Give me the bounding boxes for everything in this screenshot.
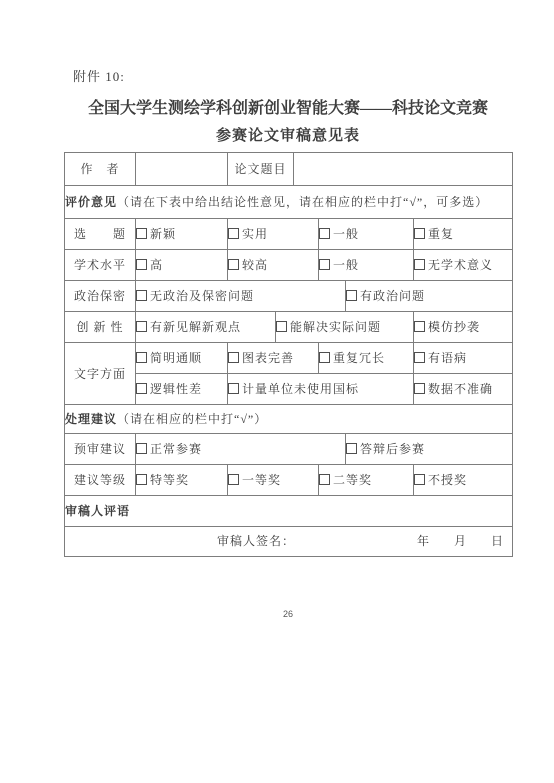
checkbox-icon [414,352,425,363]
signature-label: 审稿人签名： [217,527,295,556]
evaluation-section-title: 评价意见 [65,195,117,209]
option-label: 逻辑性差 [150,382,202,396]
checkbox-icon [319,474,330,485]
option-label: 图表完善 [242,351,294,365]
checkbox-option: 有语病 [414,343,513,374]
option-label: 高 [150,258,163,272]
checkbox-option: 一般 [319,219,414,250]
checkbox-icon [136,228,147,239]
table-row-evaluation-header: 评价意见（请在下表中给出结论性意见，请在相应的栏中打“√”，可多选） [65,186,513,219]
checkbox-icon [319,259,330,270]
option-label: 有政治问题 [360,289,425,303]
checkbox-option: 新颖 [136,219,228,250]
checkbox-option: 无学术意义 [414,250,513,281]
checkbox-option: 答辩后参赛 [346,434,513,465]
checkbox-option: 简明通顺 [136,343,228,374]
document-title: 全国大学生测绘学科创新创业智能大赛——科技论文竞赛 [64,99,512,118]
checkbox-icon [228,352,239,363]
checkbox-option: 数据不准确 [414,374,513,405]
option-label: 无学术意义 [428,258,493,272]
handling-section-header: 处理建议（请在相应的栏中打“√”） [65,405,513,434]
row-label-grade: 建议等级 [65,465,136,496]
document-page: 附件 10: 全国大学生测绘学科创新创业智能大赛——科技论文竞赛 参赛论文审稿意… [64,0,512,619]
checkbox-icon [319,228,330,239]
checkbox-option: 高 [136,250,228,281]
option-label: 一般 [333,227,359,241]
paper-title-label: 论文题目 [228,153,294,186]
checkbox-icon [414,259,425,270]
evaluation-section-note: （请在下表中给出结论性意见，请在相应的栏中打“√”，可多选） [117,195,488,209]
checkbox-option: 能解决实际问题 [276,312,414,343]
row-label-writing: 文字方面 [65,343,136,405]
row-label-innovation: 创 新 性 [65,312,136,343]
option-label: 答辩后参赛 [360,442,425,456]
checkbox-option: 特等奖 [136,465,228,496]
option-label: 重复冗长 [333,351,385,365]
option-label: 二等奖 [333,473,372,487]
option-label: 实用 [242,227,268,241]
option-label: 能解决实际问题 [290,320,381,334]
reviewer-comments-label: 审稿人评语 [65,504,130,518]
table-row-political: 政治保密 无政治及保密问题 有政治问题 [65,281,513,312]
table-row-writing-1: 文字方面 简明通顺 图表完善 重复冗长 有语病 [65,343,513,374]
checkbox-icon [414,321,425,332]
date-day-label: 日 [491,534,504,548]
checkbox-icon [136,290,147,301]
table-row-comments: 审稿人评语 [65,496,513,527]
option-label: 正常参赛 [150,442,202,456]
checkbox-option: 一般 [319,250,414,281]
checkbox-option: 一等奖 [228,465,319,496]
table-row-handling-header: 处理建议（请在相应的栏中打“√”） [65,405,513,434]
checkbox-icon [414,228,425,239]
evaluation-section-header: 评价意见（请在下表中给出结论性意见，请在相应的栏中打“√”，可多选） [65,186,513,219]
checkbox-option: 较高 [228,250,319,281]
row-label-preliminary: 预审建议 [65,434,136,465]
author-value-cell [136,153,228,186]
review-form-table: 作 者 论文题目 评价意见（请在下表中给出结论性意见，请在相应的栏中打“√”，可… [64,152,513,557]
option-label: 重复 [428,227,454,241]
option-label: 一等奖 [242,473,281,487]
checkbox-icon [136,383,147,394]
option-label: 有语病 [428,351,467,365]
option-label: 计量单位未使用国标 [242,382,359,396]
checkbox-option: 计量单位未使用国标 [228,374,414,405]
option-label: 新颖 [150,227,176,241]
checkbox-icon [136,259,147,270]
date-labels: 年月日 [393,527,504,556]
checkbox-icon [228,383,239,394]
checkbox-icon [228,259,239,270]
checkbox-option: 正常参赛 [136,434,346,465]
row-label-academic: 学术水平 [65,250,136,281]
checkbox-option: 有新见解新观点 [136,312,276,343]
option-label: 简明通顺 [150,351,202,365]
option-label: 不授奖 [428,473,467,487]
signature-cell: 审稿人签名： 年月日 [65,527,513,557]
date-year-label: 年 [417,534,430,548]
option-label: 无政治及保密问题 [150,289,254,303]
checkbox-option: 有政治问题 [346,281,513,312]
page-number: 26 [64,609,512,619]
checkbox-icon [414,474,425,485]
option-label: 数据不准确 [428,382,493,396]
attachment-label: 附件 10: [64,0,512,86]
checkbox-icon [414,383,425,394]
checkbox-option: 图表完善 [228,343,319,374]
date-month-label: 月 [454,534,467,548]
option-label: 模仿抄袭 [428,320,480,334]
checkbox-option: 逻辑性差 [136,374,228,405]
table-row-preliminary: 预审建议 正常参赛 答辩后参赛 [65,434,513,465]
checkbox-icon [136,474,147,485]
checkbox-icon [136,352,147,363]
checkbox-option: 实用 [228,219,319,250]
document-subtitle: 参赛论文审稿意见表 [64,127,512,146]
table-row-topic: 选 题 新颖 实用 一般 重复 [65,219,513,250]
table-row-academic: 学术水平 高 较高 一般 无学术意义 [65,250,513,281]
checkbox-option: 重复 [414,219,513,250]
paper-title-value-cell [294,153,513,186]
table-row-author: 作 者 论文题目 [65,153,513,186]
option-label: 有新见解新观点 [150,320,241,334]
checkbox-icon [319,352,330,363]
checkbox-option: 模仿抄袭 [414,312,513,343]
table-row-innovation: 创 新 性 有新见解新观点 能解决实际问题 模仿抄袭 [65,312,513,343]
checkbox-option: 不授奖 [414,465,513,496]
checkbox-icon [136,443,147,454]
checkbox-icon [276,321,287,332]
author-label: 作 者 [65,153,136,186]
checkbox-icon [228,474,239,485]
row-label-topic: 选 题 [65,219,136,250]
checkbox-icon [346,290,357,301]
checkbox-icon [346,443,357,454]
checkbox-option: 重复冗长 [319,343,414,374]
table-row-signature: 审稿人签名： 年月日 [65,527,513,557]
option-label: 特等奖 [150,473,189,487]
option-label: 一般 [333,258,359,272]
checkbox-icon [136,321,147,332]
reviewer-comments-cell: 审稿人评语 [65,496,513,527]
handling-section-note: （请在相应的栏中打“√”） [117,412,267,426]
checkbox-option: 二等奖 [319,465,414,496]
handling-section-title: 处理建议 [65,412,117,426]
table-row-grade: 建议等级 特等奖 一等奖 二等奖 不授奖 [65,465,513,496]
checkbox-icon [228,228,239,239]
row-label-political: 政治保密 [65,281,136,312]
option-label: 较高 [242,258,268,272]
checkbox-option: 无政治及保密问题 [136,281,346,312]
